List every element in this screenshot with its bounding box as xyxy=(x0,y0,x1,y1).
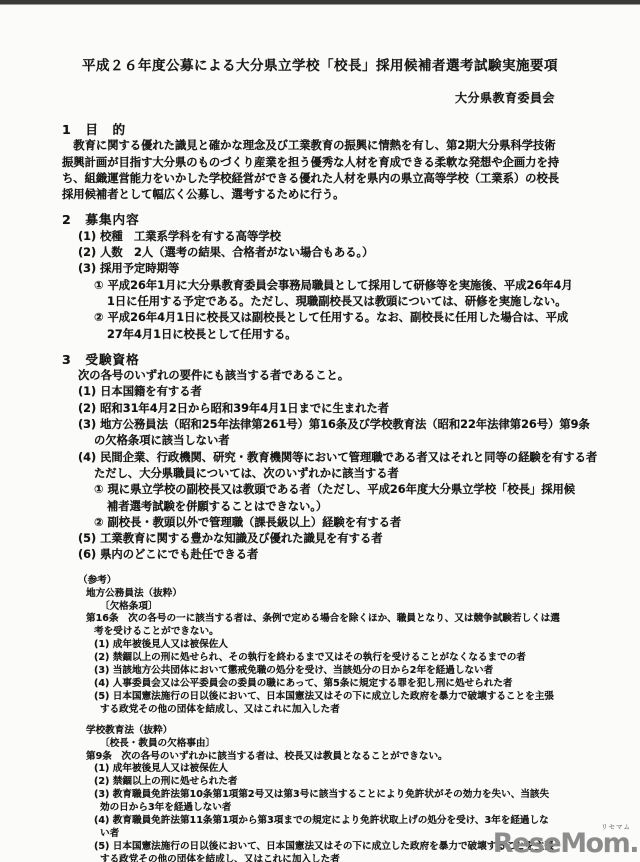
document-line: 〔校長・教員の欠格事由〕 xyxy=(0,738,640,751)
document-body: 1 目 的 教育に関する優れた識見と確かな理念及び工業教育の振興に情熱を有し、第… xyxy=(0,122,640,862)
document-line: ち、組織運営能力をいかした学校経営ができる優れた人材を県内の県立高等学校（工業系… xyxy=(0,171,640,187)
document-line: 〔欠格条項〕 xyxy=(0,601,640,614)
document-line: する政党その他の団体を結成し、又はこれに加入した者 xyxy=(0,704,640,717)
document-section: 2 募集内容(1) 校種 工業系学科を有する高等学校(2) 人数 2人（選考の結… xyxy=(0,212,640,342)
resemom-watermark: リセマム ReseMom. xyxy=(493,822,638,857)
document-section: 3 受験資格次の各号のいずれの要件にも該当する者であること。(1) 日本国籍を有… xyxy=(0,352,640,564)
document-line: 第16条 次の各号の一に該当する者は、条例で定める場合を除くほか、職員となり、又… xyxy=(0,613,640,626)
document-line: （参考） xyxy=(0,575,640,588)
document-line: ただし、大分県職員については、次のいずれかに該当する者 xyxy=(0,466,640,482)
document-line: 次の各号のいずれの要件にも該当する者であること。 xyxy=(0,368,640,384)
document-line: (3) 採用予定時期等 xyxy=(0,261,640,277)
document-line: ② 平成26年4月1日に校長又は副校長として任用する。なお、副校長に任用した場合… xyxy=(0,310,640,326)
document-line: 採用候補者として幅広く公募し、選考するために行う。 xyxy=(0,187,640,203)
document-line: (1) 成年被後見人又は被保佐人 xyxy=(0,763,640,776)
document-line: (1) 日本国籍を有する者 xyxy=(0,384,640,400)
document-line: 地方公務員法（抜粋） xyxy=(0,588,640,601)
watermark-logo: ReseMom. xyxy=(493,830,638,857)
document-section: （参考）地方公務員法（抜粋）〔欠格条項〕第16条 次の各号の一に該当する者は、条… xyxy=(0,575,640,717)
document-line: (4) 民間企業、行政機関、研究・教育機関等において管理職である者又はそれと同等… xyxy=(0,450,640,466)
section-heading: 2 募集内容 xyxy=(0,212,640,228)
document-line: (2) 禁錮以上の刑に処せられ、その執行を終わるまで又はその執行を受けることがな… xyxy=(0,652,640,665)
document-line: (3) 地方公務員法（昭和25年法律第261号）第16条及び学校教育法（昭和22… xyxy=(0,417,640,433)
document-author: 大分県教育委員会 xyxy=(0,89,640,106)
document-section: 1 目 的 教育に関する優れた識見と確かな理念及び工業教育の振興に情熱を有し、第… xyxy=(0,122,640,203)
document-line: (3) 教育職員免許法第10条第1項第2号又は第3号に該当することにより免許状が… xyxy=(0,789,640,802)
document-line: 効の日から3年を経過しない者 xyxy=(0,802,640,815)
document-line: ② 副校長・教頭以外で管理職（課長級以上）経験を有する者 xyxy=(0,515,640,531)
document-line: (2) 昭和31年4月2日から昭和39年4月1日までに生まれた者 xyxy=(0,401,640,417)
document-line: 補者選考試験を併願することはできない。） xyxy=(0,499,640,515)
section-heading: 1 目 的 xyxy=(0,122,640,138)
document-line: 教育に関する優れた識見と確かな理念及び工業教育の振興に情熱を有し、第2期大分県科… xyxy=(0,138,640,154)
document-line: (2) 人数 2人（選考の結果、合格者がない場合もある。） xyxy=(0,245,640,261)
document-content: 平成２６年度公募による大分県立学校「校長」採用候補者選考試験実施要項 大分県教育… xyxy=(0,54,640,862)
document-line: 1日に任用する予定である。ただし、現職副校長又は教頭については、研修を実施しない… xyxy=(0,294,640,310)
document-line: (5) 工業教育に関する豊かな知識及び優れた識見を有する者 xyxy=(0,531,640,547)
document-title: 平成２６年度公募による大分県立学校「校長」採用候補者選考試験実施要項 xyxy=(0,54,640,74)
document-line: ① 平成26年1月に大分県教育委員会事務局職員として採用して研修等を実施後、平成… xyxy=(0,278,640,294)
document-line: (5) 日本国憲法施行の日以後において、日本国憲法又はその下に成立した政府を暴力… xyxy=(0,691,640,704)
document-line: の欠格条項に該当しない者 xyxy=(0,433,640,449)
document-line: 学校教育法（抜粋） xyxy=(0,725,640,738)
document-line: ① 現に県立学校の副校長又は教頭である者（ただし、平成26年度大分県立学校「校長… xyxy=(0,482,640,498)
document-line: (4) 人事委員会又は公平委員会の委員の職にあって、第5条に規定する罪を犯し刑に… xyxy=(0,678,640,691)
document-line: 第9条 次の各号のいずれかに該当する者は、校長又は教員となることができない。 xyxy=(0,751,640,764)
section-heading: 3 受験資格 xyxy=(0,352,640,368)
document-line: 27年4月1日に校長として任用する。 xyxy=(0,327,640,343)
document-line: (6) 県内のどこにでも赴任できる者 xyxy=(0,547,640,563)
scan-top-edge xyxy=(0,0,640,5)
document-line: 考を受けることができない。 xyxy=(0,626,640,639)
document-line: 振興計画が目指す大分県のものづくり産業を担う優秀な人材を育成できる柔軟な発想や企… xyxy=(0,155,640,171)
document-line: (1) 校種 工業系学科を有する高等学校 xyxy=(0,229,640,245)
document-line: (1) 成年被後見人又は被保佐人 xyxy=(0,639,640,652)
document-line: (3) 当該地方公共団体において懲戒免職の処分を受け、当該処分の日から2年を経過… xyxy=(0,665,640,678)
scanned-document-page: { "page": { "background": "#fbfbfa", "sc… xyxy=(0,0,640,862)
document-line: (2) 禁錮以上の刑に処せられた者 xyxy=(0,776,640,789)
